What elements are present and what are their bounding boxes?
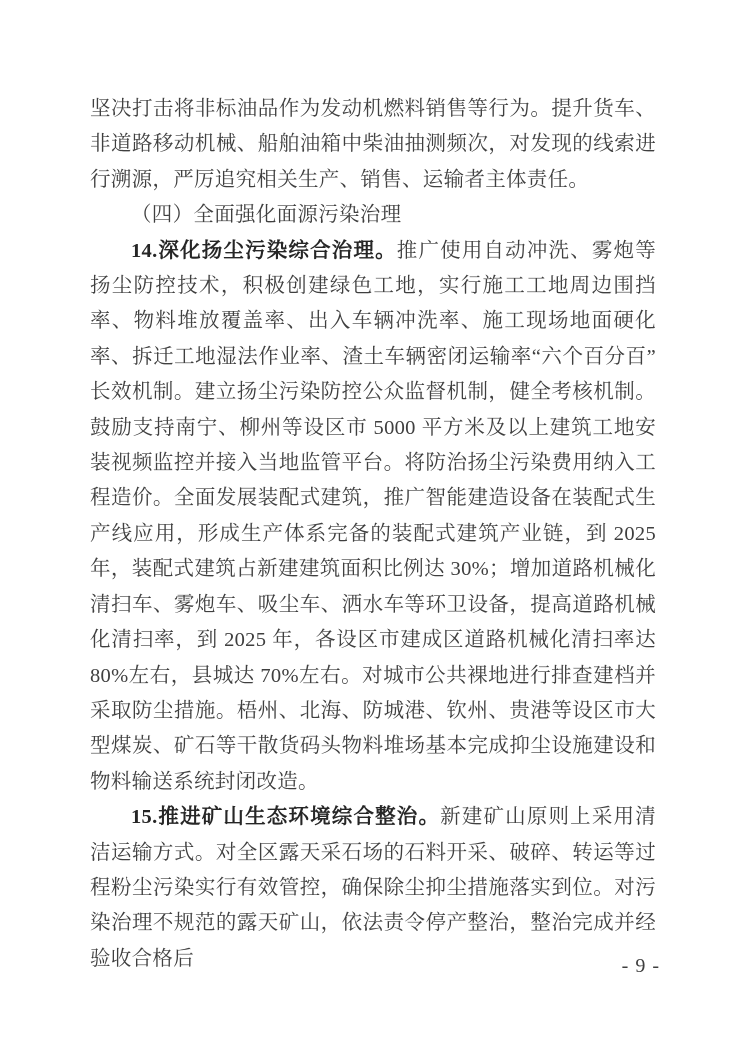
item-15-lead: 15.推进矿山生态环境综合整治。 (131, 806, 440, 828)
item-14-body: 推广使用自动冲洗、雾炮等扬尘防控技术，积极创建绿色工地，实行施工工地周边围挡率、… (90, 240, 656, 793)
paragraph-item-15: 15.推进矿山生态环境综合整治。新建矿山原则上采用清洁运输方式。对全区露天采石场… (90, 800, 656, 977)
paragraph-continuation: 坚决打击将非标油品作为发动机燃料销售等行为。提升货车、非道路移动机械、船舶油箱中… (90, 92, 656, 198)
document-body: 坚决打击将非标油品作为发动机燃料销售等行为。提升货车、非道路移动机械、船舶油箱中… (90, 92, 656, 977)
paragraph-item-14: 14.深化扬尘污染综合治理。推广使用自动冲洗、雾炮等扬尘防控技术，积极创建绿色工… (90, 234, 656, 801)
section-heading: （四）全面强化面源污染治理 (90, 198, 656, 233)
document-page: 坚决打击将非标油品作为发动机燃料销售等行为。提升货车、非道路移动机械、船舶油箱中… (0, 0, 744, 1052)
item-15-body: 新建矿山原则上采用清洁运输方式。对全区露天采石场的石料开采、破碎、转运等过程粉尘… (90, 806, 656, 970)
item-14-lead: 14.深化扬尘污染综合治理。 (131, 240, 397, 262)
page-number: - 9 - (622, 954, 660, 978)
